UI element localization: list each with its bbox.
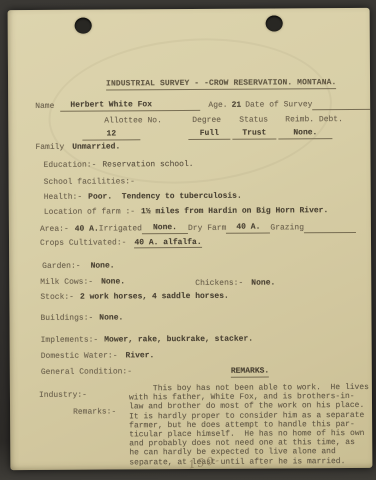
crops-value: 40 A. alfalfa. (134, 238, 201, 248)
health-label: Health:- (44, 193, 82, 202)
crops-label: Crops Cultivated:- (40, 238, 126, 248)
status-field: Trust (232, 128, 276, 139)
buildings-label: Buildings:- (40, 314, 93, 323)
industry-row: Industry:- (39, 391, 87, 401)
dry-farm-value: 40 A. (226, 223, 270, 234)
domestic-water-row: Domestic Water:-River. (41, 351, 155, 362)
chickens-label: Chickens:- (195, 279, 243, 288)
chickens-value: None. (251, 278, 275, 287)
education-label: Education:- (44, 161, 97, 170)
remarks-label-row: Remarks:- (73, 407, 116, 417)
remarks-heading: REMARKS. (231, 367, 269, 378)
crops-row: Crops Cultivated:-40 A. alfalfa. (40, 238, 202, 249)
punch-hole-right (266, 15, 283, 31)
buildings-row: Buildings:-None. (40, 313, 123, 324)
garden-value: None. (91, 261, 115, 270)
domestic-water-value: River. (125, 351, 154, 360)
dry-farm-label: Dry Farm (188, 224, 226, 233)
remarks-line: separate, at least until after he is mar… (129, 457, 371, 468)
punch-hole-left (75, 18, 92, 34)
industry-label: Industry:- (39, 391, 87, 400)
area-value: 40 A. (75, 225, 99, 234)
area-label: Area:- (40, 225, 69, 234)
stock-label: Stock:- (40, 293, 74, 302)
grazing-label: Grazing (270, 223, 304, 232)
name-row: NameHerbert White FoxAge.21Date of Surve… (35, 99, 370, 112)
stock-value: 2 work horses, 4 saddle horses. (80, 292, 229, 302)
name-value: Herbert White Fox (70, 100, 152, 109)
general-condition-label: General Condition:- (41, 367, 132, 377)
document-title: INDUSTRIAL SURVEY - -CROW RESERVATION. M… (106, 78, 336, 90)
irrigated-value: None. (142, 223, 188, 234)
milk-cows-label: Milk Cows:- (40, 278, 93, 287)
implements-value: Mower, rake, buckrake, stacker. (104, 335, 253, 345)
date-of-survey-field (312, 100, 370, 110)
health-row: Health:-Poor. Tendency to tuberculosis. (44, 192, 242, 203)
reimb-debt-field: None. (278, 128, 332, 139)
milk-cows-row: Milk Cows:-None. (40, 277, 125, 288)
irrigated-label: Irrigated (99, 224, 142, 233)
implements-label: Implements:- (41, 336, 99, 345)
allottee-no-value: 12 (82, 129, 140, 140)
family-row: FamilyUnmarried. (35, 142, 120, 153)
buildings-value: None. (99, 313, 123, 322)
garden-label: Garden:- (42, 262, 80, 271)
name-field: Herbert White Fox (60, 100, 200, 112)
name-label: Name (35, 102, 54, 111)
area-row: Area:-40 A.IrrigatedNone.Dry Farm40 A.Gr… (40, 222, 356, 235)
grazing-field (304, 223, 356, 233)
location-label: Location of farm :- (44, 207, 135, 217)
degree-header: Degree (192, 116, 221, 126)
education-value: Reservation school. (102, 160, 193, 170)
domestic-water-label: Domestic Water:- (41, 351, 118, 360)
allottee-no-header: Allottee No. (104, 116, 162, 126)
document-scan-paper: INDUSTRIAL SURVEY - -CROW RESERVATION. M… (8, 8, 373, 470)
stock-row: Stock:-2 work horses, 4 saddle horses. (40, 292, 228, 303)
school-facilities-label: School facilities:- (44, 177, 135, 187)
milk-cows-value: None. (101, 277, 125, 286)
implements-row: Implements:-Mower, rake, buckrake, stack… (41, 335, 253, 346)
general-condition-row: General Condition:- (41, 367, 132, 378)
family-label: Family (35, 143, 64, 152)
status-value: Trust (232, 128, 276, 139)
school-facilities-row: School facilities:- (44, 177, 135, 188)
family-value: Unmarried. (72, 142, 120, 151)
age-value: 21 (232, 101, 242, 110)
garden-row: Garden:-None. (42, 261, 114, 271)
education-row: Education:-Reservation school. (44, 160, 194, 171)
location-row: Location of farm :-1½ miles from Hardin … (44, 206, 329, 218)
date-of-survey-label: Date of Survey (245, 100, 312, 109)
remarks-label: Remarks:- (73, 407, 116, 416)
status-header: Status (239, 116, 268, 126)
allottee-no-field: 12 (82, 129, 140, 140)
degree-field: Full (188, 129, 230, 140)
remarks-paragraph: This boy has not been able to work. He l… (129, 383, 372, 467)
location-value: 1½ miles from Hardin on Big Horn River. (141, 206, 328, 216)
chickens-row: Chickens:-None. (195, 278, 275, 288)
reimb-debt-value: None. (278, 128, 332, 139)
reimb-debt-header: Reimb. Debt. (285, 115, 343, 125)
degree-value: Full (188, 129, 230, 140)
health-value: Poor. Tendency to tuberculosis. (88, 192, 242, 202)
age-label: Age. (208, 101, 227, 110)
